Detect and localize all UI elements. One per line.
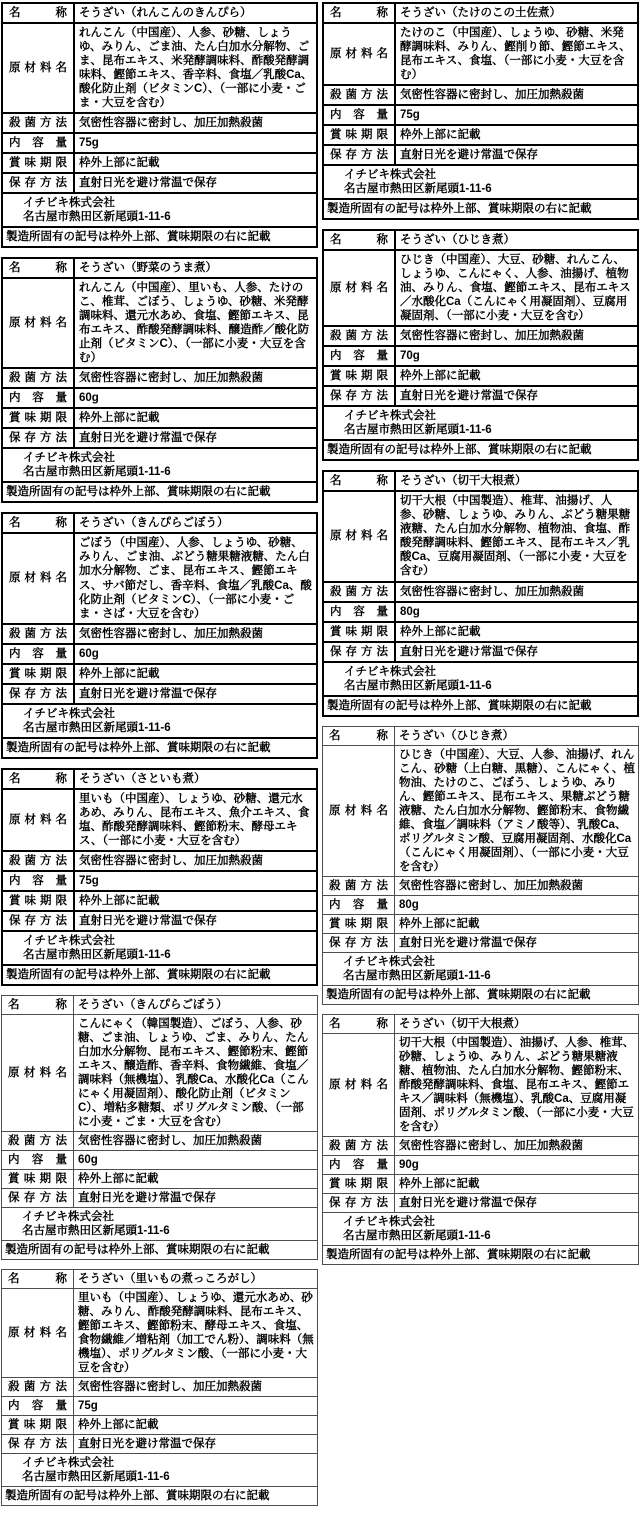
field-label-cell: 賞味期限	[324, 367, 396, 385]
field-value: 枠外上部に記載	[75, 665, 316, 683]
field-label: 内容量	[8, 1399, 67, 1413]
field-label: 殺菌方法	[9, 854, 67, 868]
manufacturer-address: 名古屋市熱田区新尾頭1-11-6	[23, 465, 313, 479]
field-value: そうざい（きんぴらごぼう）	[75, 514, 316, 532]
field-label: 内容量	[329, 898, 388, 912]
field-label: 殺菌方法	[9, 627, 67, 641]
field-label: 原材料名	[9, 61, 67, 75]
manufacturer-address: 名古屋市熱田区新尾頭1-11-6	[22, 1470, 314, 1484]
field-label-cell: 殺菌方法	[2, 1378, 74, 1396]
factory-code-note-row: 製造所固有の記号は枠外上部、賞味期限の右に記載	[323, 986, 638, 1004]
manufacturer-row: イチビキ株式会社名古屋市熱田区新尾頭1-11-6	[324, 663, 637, 697]
field-label: 殺菌方法	[8, 1134, 67, 1148]
field-label: 原材料名	[8, 1326, 67, 1340]
field-label: 名称	[8, 998, 67, 1012]
field-value: そうざい（れんこんのきんぴら）	[75, 4, 316, 22]
expiry-row: 賞味期限枠外上部に記載	[324, 623, 637, 643]
ingredients-row: 原材料名切干大根（中国製造）、椎茸、油揚げ、人参、砂糖、しょうゆ、みりん、ぶどう…	[324, 492, 637, 582]
manufacturer-row: イチビキ株式会社名古屋市熱田区新尾頭1-11-6	[3, 705, 316, 739]
manufacturer-block: イチビキ株式会社名古屋市熱田区新尾頭1-11-6	[324, 663, 637, 695]
product-spec-table: 名称そうざい（きんぴらごぼう）原材料名ごぼう（中国産）、人参、しょうゆ、砂糖、み…	[1, 512, 318, 758]
field-label: 賞味期限	[330, 625, 388, 639]
field-label-cell: 賞味期限	[324, 126, 396, 144]
field-value: 枠外上部に記載	[75, 892, 316, 910]
manufacturer-block: イチビキ株式会社名古屋市熱田区新尾頭1-11-6	[2, 1454, 317, 1486]
manufacturer-name: イチビキ株式会社	[23, 934, 313, 948]
field-value: 気密性容器に密封し、加圧加熱殺菌	[74, 1378, 317, 1396]
name-row: 名称そうざい（切干大根煮）	[323, 1015, 638, 1034]
field-label-cell: 内容量	[323, 1156, 395, 1174]
field-value: 枠外上部に記載	[395, 1175, 638, 1193]
field-label-cell: 名称	[323, 1015, 395, 1033]
ingredients-row: 原材料名れんこん（中国産）、里いも、人参、たけのこ、椎茸、ごぼう、しょうゆ、砂糖…	[3, 279, 316, 369]
label-sheet: 名称そうざい（れんこんのきんぴら）原材料名れんこん（中国産）、人参、砂糖、しょう…	[0, 0, 640, 1514]
net-content-row: 内容量60g	[2, 1151, 317, 1170]
expiry-row: 賞味期限枠外上部に記載	[323, 915, 638, 934]
field-value: 気密性容器に密封し、加圧加熱殺菌	[396, 583, 637, 601]
storage-row: 保存方法直射日光を避け常温で保存	[3, 429, 316, 449]
manufacturer-name: イチビキ株式会社	[23, 451, 313, 465]
field-label-cell: 殺菌方法	[323, 1137, 395, 1155]
field-value: そうざい（ひじき煮）	[395, 727, 638, 745]
field-label-cell: 名称	[323, 727, 395, 745]
product-spec-table: 名称そうざい（ひじき煮）原材料名ひじき（中国産）、大豆、砂糖、れんこん、しょうゆ…	[322, 229, 639, 461]
field-value: 直射日光を避け常温で保存	[396, 146, 637, 164]
manufacturer-row: イチビキ株式会社名古屋市熱田区新尾頭1-11-6	[323, 1213, 638, 1246]
field-label-cell: 殺菌方法	[324, 583, 396, 601]
field-label-cell: 殺菌方法	[324, 327, 396, 345]
field-label-cell: 原材料名	[324, 251, 396, 325]
field-value: 直射日光を避け常温で保存	[396, 387, 637, 405]
manufacturer-row: イチビキ株式会社名古屋市熱田区新尾頭1-11-6	[2, 1454, 317, 1487]
net-content-row: 内容量60g	[3, 645, 316, 665]
field-value: 直射日光を避け常温で保存	[395, 934, 638, 952]
field-label: 名称	[329, 729, 388, 743]
manufacturer-block: イチビキ株式会社名古屋市熱田区新尾頭1-11-6	[323, 953, 638, 985]
sterilization-row: 殺菌方法気密性容器に密封し、加圧加熱殺菌	[323, 877, 638, 896]
field-label: 名称	[8, 1272, 67, 1286]
storage-row: 保存方法直射日光を避け常温で保存	[323, 934, 638, 953]
storage-row: 保存方法直射日光を避け常温で保存	[323, 1194, 638, 1213]
field-label: 内容量	[9, 391, 67, 405]
field-label-cell: 保存方法	[324, 146, 396, 164]
field-label-cell: 賞味期限	[3, 665, 75, 683]
storage-row: 保存方法直射日光を避け常温で保存	[3, 685, 316, 705]
net-content-row: 内容量70g	[324, 347, 637, 367]
field-label: 殺菌方法	[330, 88, 388, 102]
field-value: そうざい（さといも煮）	[75, 770, 316, 788]
field-value: 枠外上部に記載	[74, 1416, 317, 1434]
field-value: 枠外上部に記載	[74, 1170, 317, 1188]
field-label: 賞味期限	[9, 667, 67, 681]
field-label: 保存方法	[9, 687, 67, 701]
field-value: 枠外上部に記載	[395, 915, 638, 933]
field-label: 原材料名	[329, 804, 388, 818]
expiry-row: 賞味期限枠外上部に記載	[323, 1175, 638, 1194]
field-value: 直射日光を避け常温で保存	[395, 1194, 638, 1212]
manufacturer-address: 名古屋市熱田区新尾頭1-11-6	[344, 182, 634, 196]
manufacturer-row: イチビキ株式会社名古屋市熱田区新尾頭1-11-6	[323, 953, 638, 986]
name-row: 名称そうざい（ひじき煮）	[324, 231, 637, 251]
field-label: 名称	[329, 1017, 388, 1031]
field-label: 名称	[9, 6, 67, 20]
manufacturer-block: イチビキ株式会社名古屋市熱田区新尾頭1-11-6	[323, 1213, 638, 1245]
field-label-cell: 殺菌方法	[3, 114, 75, 132]
field-value: 75g	[74, 1397, 317, 1415]
name-row: 名称そうざい（きんぴらごぼう）	[2, 996, 317, 1015]
field-label: 殺菌方法	[8, 1380, 67, 1394]
expiry-row: 賞味期限枠外上部に記載	[324, 126, 637, 146]
manufacturer-block: イチビキ株式会社名古屋市熱田区新尾頭1-11-6	[2, 1208, 317, 1240]
field-label-cell: 原材料名	[3, 790, 75, 850]
field-label: 賞味期限	[330, 128, 388, 142]
field-label-cell: 保存方法	[323, 1194, 395, 1212]
field-label-cell: 賞味期限	[2, 1170, 74, 1188]
manufacturer-row: イチビキ株式会社名古屋市熱田区新尾頭1-11-6	[324, 407, 637, 441]
field-label: 原材料名	[9, 316, 67, 330]
sterilization-row: 殺菌方法気密性容器に密封し、加圧加熱殺菌	[3, 625, 316, 645]
factory-code-note: 製造所固有の記号は枠外上部、賞味期限の右に記載	[323, 1246, 638, 1264]
field-value: 90g	[395, 1156, 638, 1174]
manufacturer-row: イチビキ株式会社名古屋市熱田区新尾頭1-11-6	[3, 449, 316, 483]
field-value: そうざい（たけのこの土佐煮）	[396, 4, 637, 22]
manufacturer-name: イチビキ株式会社	[344, 665, 634, 679]
manufacturer-name: イチビキ株式会社	[23, 196, 313, 210]
field-label-cell: 原材料名	[3, 279, 75, 367]
field-value: そうざい（ひじき煮）	[396, 231, 637, 249]
factory-code-note: 製造所固有の記号は枠外上部、賞味期限の右に記載	[2, 1487, 317, 1505]
field-label: 原材料名	[329, 1078, 388, 1092]
manufacturer-address: 名古屋市熱田区新尾頭1-11-6	[23, 948, 313, 962]
field-value: そうざい（切干大根煮）	[396, 472, 637, 490]
field-label: 殺菌方法	[330, 585, 388, 599]
manufacturer-address: 名古屋市熱田区新尾頭1-11-6	[22, 1224, 314, 1238]
field-label-cell: 保存方法	[3, 912, 75, 930]
factory-code-note: 製造所固有の記号は枠外上部、賞味期限の右に記載	[324, 200, 637, 218]
field-value: 気密性容器に密封し、加圧加熱殺菌	[74, 1132, 317, 1150]
manufacturer-name: イチビキ株式会社	[22, 1210, 314, 1224]
expiry-row: 賞味期限枠外上部に記載	[2, 1170, 317, 1189]
ingredients-row: 原材料名里いも（中国産）、しょうゆ、砂糖、還元水あめ、みりん、昆布エキス、魚介エ…	[3, 790, 316, 852]
field-value: 60g	[74, 1151, 317, 1169]
field-label: 保存方法	[9, 431, 67, 445]
field-label: 名称	[9, 516, 67, 530]
field-label: 殺菌方法	[330, 329, 388, 343]
field-label: 賞味期限	[330, 369, 388, 383]
field-label-cell: 保存方法	[2, 1435, 74, 1453]
field-value: 直射日光を避け常温で保存	[75, 912, 316, 930]
name-row: 名称そうざい（れんこんのきんぴら）	[3, 4, 316, 24]
factory-code-note-row: 製造所固有の記号は枠外上部、賞味期限の右に記載	[2, 1487, 317, 1505]
field-label-cell: 名称	[2, 1270, 74, 1288]
net-content-row: 内容量90g	[323, 1156, 638, 1175]
field-value: そうざい（里いもの煮っころがし）	[74, 1270, 317, 1288]
factory-code-note: 製造所固有の記号は枠外上部、賞味期限の右に記載	[324, 441, 637, 459]
field-label-cell: 殺菌方法	[2, 1132, 74, 1150]
net-content-row: 内容量80g	[323, 896, 638, 915]
manufacturer-row: イチビキ株式会社名古屋市熱田区新尾頭1-11-6	[3, 932, 316, 966]
field-label-cell: 原材料名	[2, 1289, 74, 1377]
manufacturer-address: 名古屋市熱田区新尾頭1-11-6	[344, 679, 634, 693]
factory-code-note: 製造所固有の記号は枠外上部、賞味期限の右に記載	[3, 483, 316, 501]
manufacturer-row: イチビキ株式会社名古屋市熱田区新尾頭1-11-6	[324, 166, 637, 200]
expiry-row: 賞味期限枠外上部に記載	[3, 154, 316, 174]
sterilization-row: 殺菌方法気密性容器に密封し、加圧加熱殺菌	[3, 852, 316, 872]
ingredients-row: 原材料名ひじき（中国産）、大豆、砂糖、れんこん、しょうゆ、こんにゃく、人参、油揚…	[324, 251, 637, 327]
field-value: 75g	[396, 106, 637, 124]
product-spec-table: 名称そうざい（れんこんのきんぴら）原材料名れんこん（中国産）、人参、砂糖、しょう…	[1, 2, 318, 248]
sterilization-row: 殺菌方法気密性容器に密封し、加圧加熱殺菌	[3, 369, 316, 389]
factory-code-note: 製造所固有の記号は枠外上部、賞味期限の右に記載	[2, 1241, 317, 1259]
field-label-cell: 賞味期限	[2, 1416, 74, 1434]
field-value: 里いも（中国産）、しょうゆ、砂糖、還元水あめ、みりん、昆布エキス、魚介エキス、食…	[75, 790, 316, 850]
field-value: 60g	[75, 389, 316, 407]
field-label-cell: 内容量	[324, 603, 396, 621]
field-label-cell: 原材料名	[3, 534, 75, 622]
field-value: 直射日光を避け常温で保存	[74, 1189, 317, 1207]
field-value: 気密性容器に密封し、加圧加熱殺菌	[75, 852, 316, 870]
manufacturer-block: イチビキ株式会社名古屋市熱田区新尾頭1-11-6	[3, 194, 316, 226]
field-value: ごぼう（中国産）、人参、しょうゆ、砂糖、みりん、ごま油、ぶどう糖果糖液糖、たん白…	[75, 534, 316, 622]
field-label: 原材料名	[330, 281, 388, 295]
field-label: 原材料名	[9, 813, 67, 827]
manufacturer-address: 名古屋市熱田区新尾頭1-11-6	[343, 1229, 635, 1243]
right-column: 名称そうざい（たけのこの土佐煮）原材料名たけのこ（中国産）、しょうゆ、砂糖、米発…	[322, 2, 639, 1506]
field-label: 保存方法	[9, 914, 67, 928]
manufacturer-name: イチビキ株式会社	[23, 707, 313, 721]
field-label: 賞味期限	[9, 411, 67, 425]
manufacturer-address: 名古屋市熱田区新尾頭1-11-6	[23, 210, 313, 224]
field-value: 気密性容器に密封し、加圧加熱殺菌	[395, 877, 638, 895]
expiry-row: 賞味期限枠外上部に記載	[2, 1416, 317, 1435]
field-label: 保存方法	[9, 176, 67, 190]
field-value: 75g	[75, 872, 316, 890]
factory-code-note: 製造所固有の記号は枠外上部、賞味期限の右に記載	[324, 697, 637, 715]
field-label: 殺菌方法	[9, 116, 67, 130]
field-value: 直射日光を避け常温で保存	[75, 174, 316, 192]
manufacturer-row: イチビキ株式会社名古屋市熱田区新尾頭1-11-6	[2, 1208, 317, 1241]
field-value: 枠外上部に記載	[396, 367, 637, 385]
field-label: 保存方法	[330, 645, 388, 659]
name-row: 名称そうざい（切干大根煮）	[324, 472, 637, 492]
field-label-cell: 名称	[3, 259, 75, 277]
field-label: 殺菌方法	[329, 1139, 388, 1153]
field-label-cell: 殺菌方法	[323, 877, 395, 895]
field-label-cell: 殺菌方法	[3, 852, 75, 870]
ingredients-row: 原材料名里いも（中国産）、しょうゆ、還元水あめ、砂糖、みりん、酢酸発酵調味料、昆…	[2, 1289, 317, 1378]
product-spec-table: 名称そうざい（里いもの煮っころがし）原材料名里いも（中国産）、しょうゆ、還元水あ…	[1, 1269, 318, 1506]
field-label-cell: 内容量	[324, 106, 396, 124]
net-content-row: 内容量80g	[324, 603, 637, 623]
field-value: 里いも（中国産）、しょうゆ、還元水あめ、砂糖、みりん、酢酸発酵調味料、昆布エキス…	[74, 1289, 317, 1377]
field-value: 切干大根（中国製造）、油揚げ、人参、椎茸、砂糖、しょうゆ、みりん、ぶどう糖果糖液…	[395, 1034, 638, 1136]
name-row: 名称そうざい（きんぴらごぼう）	[3, 514, 316, 534]
field-label-cell: 内容量	[3, 872, 75, 890]
net-content-row: 内容量60g	[3, 389, 316, 409]
storage-row: 保存方法直射日光を避け常温で保存	[2, 1189, 317, 1208]
field-value: 70g	[396, 347, 637, 365]
field-label-cell: 賞味期限	[323, 1175, 395, 1193]
expiry-row: 賞味期限枠外上部に記載	[3, 892, 316, 912]
field-value: 気密性容器に密封し、加圧加熱殺菌	[75, 369, 316, 387]
factory-code-note-row: 製造所固有の記号は枠外上部、賞味期限の右に記載	[3, 739, 316, 757]
field-label: 賞味期限	[8, 1172, 67, 1186]
storage-row: 保存方法直射日光を避け常温で保存	[3, 912, 316, 932]
manufacturer-name: イチビキ株式会社	[22, 1456, 314, 1470]
name-row: 名称そうざい（たけのこの土佐煮）	[324, 4, 637, 24]
field-value: 切干大根（中国製造）、椎茸、油揚げ、人参、砂糖、しょうゆ、みりん、ぶどう糖果糖液…	[396, 492, 637, 580]
field-label: 保存方法	[329, 936, 388, 950]
product-spec-table: 名称そうざい（切干大根煮）原材料名切干大根（中国製造）、油揚げ、人参、椎茸、砂糖…	[322, 1014, 639, 1265]
field-value: れんこん（中国産）、人参、砂糖、しょうゆ、みりん、ごま油、たん白加水分解物、ごま…	[75, 24, 316, 112]
field-value: 80g	[395, 896, 638, 914]
factory-code-note: 製造所固有の記号は枠外上部、賞味期限の右に記載	[3, 739, 316, 757]
field-label-cell: 名称	[324, 4, 396, 22]
field-label-cell: 原材料名	[323, 746, 395, 876]
field-label: 内容量	[8, 1153, 67, 1167]
manufacturer-row: イチビキ株式会社名古屋市熱田区新尾頭1-11-6	[3, 194, 316, 228]
name-row: 名称そうざい（里いもの煮っころがし）	[2, 1270, 317, 1289]
product-spec-table: 名称そうざい（切干大根煮）原材料名切干大根（中国製造）、椎茸、油揚げ、人参、砂糖…	[322, 470, 639, 716]
storage-row: 保存方法直射日光を避け常温で保存	[3, 174, 316, 194]
name-row: 名称そうざい（ひじき煮）	[323, 727, 638, 746]
field-value: 枠外上部に記載	[75, 409, 316, 427]
field-label: 原材料名	[9, 571, 67, 585]
field-value: 気密性容器に密封し、加圧加熱殺菌	[75, 625, 316, 643]
expiry-row: 賞味期限枠外上部に記載	[324, 367, 637, 387]
field-label: 保存方法	[8, 1191, 67, 1205]
factory-code-note-row: 製造所固有の記号は枠外上部、賞味期限の右に記載	[2, 1241, 317, 1259]
factory-code-note-row: 製造所固有の記号は枠外上部、賞味期限の右に記載	[324, 200, 637, 218]
sterilization-row: 殺菌方法気密性容器に密封し、加圧加熱殺菌	[324, 327, 637, 347]
left-column: 名称そうざい（れんこんのきんぴら）原材料名れんこん（中国産）、人参、砂糖、しょう…	[1, 2, 318, 1506]
field-value: ひじき（中国産）、大豆、砂糖、れんこん、しょうゆ、こんにゃく、人参、油揚げ、植物…	[396, 251, 637, 325]
field-label: 保存方法	[330, 389, 388, 403]
field-label: 賞味期限	[9, 156, 67, 170]
manufacturer-block: イチビキ株式会社名古屋市熱田区新尾頭1-11-6	[3, 705, 316, 737]
field-value: そうざい（きんぴらごぼう）	[74, 996, 317, 1014]
manufacturer-block: イチビキ株式会社名古屋市熱田区新尾頭1-11-6	[3, 932, 316, 964]
storage-row: 保存方法直射日光を避け常温で保存	[2, 1435, 317, 1454]
manufacturer-address: 名古屋市熱田区新尾頭1-11-6	[343, 969, 635, 983]
manufacturer-block: イチビキ株式会社名古屋市熱田区新尾頭1-11-6	[3, 449, 316, 481]
field-label-cell: 内容量	[3, 389, 75, 407]
field-value: 気密性容器に密封し、加圧加熱殺菌	[395, 1137, 638, 1155]
manufacturer-name: イチビキ株式会社	[344, 409, 634, 423]
field-label: 賞味期限	[9, 894, 67, 908]
field-value: 直射日光を避け常温で保存	[75, 429, 316, 447]
field-label: 原材料名	[8, 1066, 67, 1080]
field-label: 内容量	[330, 349, 388, 363]
storage-row: 保存方法直射日光を避け常温で保存	[324, 643, 637, 663]
field-label: 名称	[9, 772, 67, 786]
factory-code-note-row: 製造所固有の記号は枠外上部、賞味期限の右に記載	[3, 966, 316, 984]
ingredients-row: 原材料名たけのこ（中国産）、しょうゆ、砂糖、米発酵調味料、みりん、鰹削り節、鰹節…	[324, 24, 637, 86]
sterilization-row: 殺菌方法気密性容器に密封し、加圧加熱殺菌	[324, 583, 637, 603]
manufacturer-block: イチビキ株式会社名古屋市熱田区新尾頭1-11-6	[324, 166, 637, 198]
field-label-cell: 名称	[2, 996, 74, 1014]
field-label-cell: 賞味期限	[324, 623, 396, 641]
field-label: 保存方法	[8, 1437, 67, 1451]
field-value: ひじき（中国産）、大豆、人参、油揚げ、れんこん、砂糖（上白糖、黒糖）、こんにゃく…	[395, 746, 638, 876]
manufacturer-name: イチビキ株式会社	[344, 168, 634, 182]
field-value: たけのこ（中国産）、しょうゆ、砂糖、米発酵調味料、みりん、鰹削り節、鰹節エキス、…	[396, 24, 637, 84]
product-spec-table: 名称そうざい（ひじき煮）原材料名ひじき（中国産）、大豆、人参、油揚げ、れんこん、…	[322, 726, 639, 1005]
storage-row: 保存方法直射日光を避け常温で保存	[324, 146, 637, 166]
factory-code-note: 製造所固有の記号は枠外上部、賞味期限の右に記載	[323, 986, 638, 1004]
field-label: 名称	[330, 474, 388, 488]
manufacturer-address: 名古屋市熱田区新尾頭1-11-6	[23, 721, 313, 735]
field-label: 内容量	[329, 1158, 388, 1172]
field-value: そうざい（切干大根煮）	[395, 1015, 638, 1033]
field-label: 名称	[330, 6, 388, 20]
product-spec-table: 名称そうざい（きんぴらごぼう）原材料名こんにゃく（韓国製造）、ごぼう、人参、砂糖…	[1, 995, 318, 1260]
sterilization-row: 殺菌方法気密性容器に密封し、加圧加熱殺菌	[2, 1378, 317, 1397]
field-label: 内容量	[330, 108, 388, 122]
manufacturer-block: イチビキ株式会社名古屋市熱田区新尾頭1-11-6	[324, 407, 637, 439]
field-label-cell: 内容量	[3, 134, 75, 152]
field-label-cell: 保存方法	[323, 934, 395, 952]
sterilization-row: 殺菌方法気密性容器に密封し、加圧加熱殺菌	[2, 1132, 317, 1151]
field-label: 原材料名	[330, 47, 388, 61]
field-label-cell: 保存方法	[3, 429, 75, 447]
field-label-cell: 原材料名	[323, 1034, 395, 1136]
net-content-row: 内容量75g	[3, 134, 316, 154]
factory-code-note-row: 製造所固有の記号は枠外上部、賞味期限の右に記載	[324, 441, 637, 459]
field-label: 保存方法	[329, 1196, 388, 1210]
ingredients-row: 原材料名れんこん（中国産）、人参、砂糖、しょうゆ、みりん、ごま油、たん白加水分解…	[3, 24, 316, 114]
factory-code-note: 製造所固有の記号は枠外上部、賞味期限の右に記載	[3, 228, 316, 246]
field-label-cell: 賞味期限	[323, 915, 395, 933]
field-label-cell: 名称	[3, 4, 75, 22]
factory-code-note: 製造所固有の記号は枠外上部、賞味期限の右に記載	[3, 966, 316, 984]
field-label-cell: 原材料名	[2, 1015, 74, 1131]
product-spec-table: 名称そうざい（たけのこの土佐煮）原材料名たけのこ（中国産）、しょうゆ、砂糖、米発…	[322, 2, 639, 220]
field-value: そうざい（野菜のうま煮）	[75, 259, 316, 277]
field-label-cell: 原材料名	[324, 492, 396, 580]
field-label: 殺菌方法	[329, 879, 388, 893]
factory-code-note-row: 製造所固有の記号は枠外上部、賞味期限の右に記載	[323, 1246, 638, 1264]
field-label-cell: 内容量	[324, 347, 396, 365]
net-content-row: 内容量75g	[2, 1397, 317, 1416]
manufacturer-name: イチビキ株式会社	[343, 955, 635, 969]
field-label: 内容量	[9, 874, 67, 888]
field-label: 殺菌方法	[9, 371, 67, 385]
factory-code-note-row: 製造所固有の記号は枠外上部、賞味期限の右に記載	[3, 228, 316, 246]
field-label-cell: 原材料名	[3, 24, 75, 112]
sterilization-row: 殺菌方法気密性容器に密封し、加圧加熱殺菌	[323, 1137, 638, 1156]
ingredients-row: 原材料名ごぼう（中国産）、人参、しょうゆ、砂糖、みりん、ごま油、ぶどう糖果糖液糖…	[3, 534, 316, 624]
field-value: 気密性容器に密封し、加圧加熱殺菌	[75, 114, 316, 132]
manufacturer-name: イチビキ株式会社	[343, 1215, 635, 1229]
field-label-cell: 賞味期限	[3, 154, 75, 172]
field-label-cell: 名称	[3, 514, 75, 532]
field-label-cell: 殺菌方法	[3, 369, 75, 387]
field-label: 内容量	[9, 136, 67, 150]
storage-row: 保存方法直射日光を避け常温で保存	[324, 387, 637, 407]
field-value: 80g	[396, 603, 637, 621]
field-label-cell: 賞味期限	[3, 892, 75, 910]
expiry-row: 賞味期限枠外上部に記載	[3, 409, 316, 429]
field-label: 賞味期限	[329, 1177, 388, 1191]
field-label-cell: 内容量	[2, 1397, 74, 1415]
field-label-cell: 保存方法	[2, 1189, 74, 1207]
field-value: 枠外上部に記載	[75, 154, 316, 172]
factory-code-note-row: 製造所固有の記号は枠外上部、賞味期限の右に記載	[324, 697, 637, 715]
field-label-cell: 保存方法	[3, 685, 75, 703]
ingredients-row: 原材料名ひじき（中国産）、大豆、人参、油揚げ、れんこん、砂糖（上白糖、黒糖）、こ…	[323, 746, 638, 877]
field-value: 気密性容器に密封し、加圧加熱殺菌	[396, 86, 637, 104]
